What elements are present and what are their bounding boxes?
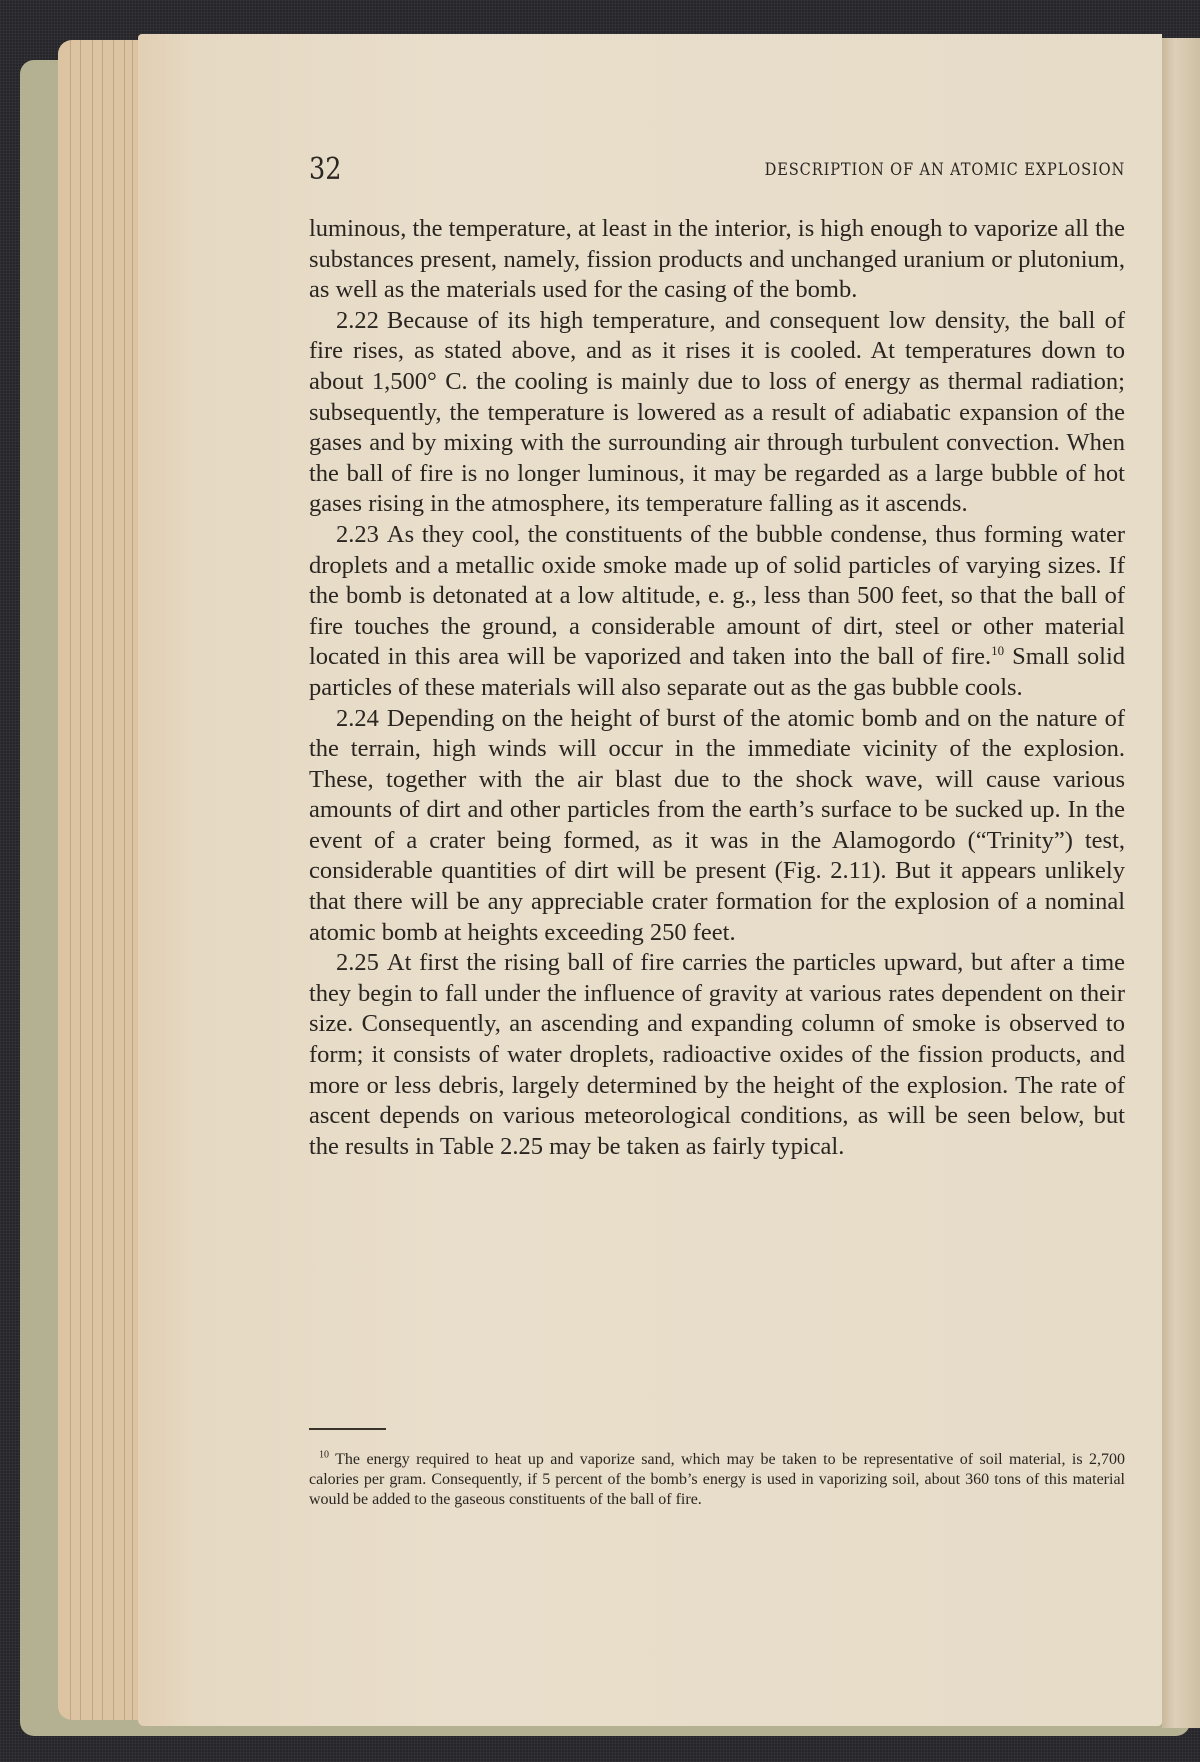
footnote-10: 10 The energy required to heat up and va… <box>309 1450 1125 1510</box>
footnote-marker: 10 <box>319 1450 329 1461</box>
paragraph-text: At first the rising ball of fire carries… <box>309 949 1125 1160</box>
running-head-title: DESCRIPTION OF AN ATOMIC EXPLOSION <box>765 158 1125 182</box>
page-edge-line <box>70 40 71 1720</box>
running-head: 32 DESCRIPTION OF AN ATOMIC EXPLOSION <box>309 152 1125 188</box>
body-text: luminous, the temperature, at least in t… <box>309 214 1125 1162</box>
paragraph-continued: luminous, the temperature, at least in t… <box>309 214 1125 306</box>
section-number: 2.25 <box>336 949 379 976</box>
paragraph-2-25: 2.25At first the rising ball of fire car… <box>309 948 1125 1162</box>
footnote-text: The energy required to heat up and vapor… <box>309 1451 1125 1508</box>
paragraph-2-24: 2.24Depending on the height of burst of … <box>309 704 1125 949</box>
section-number: 2.24 <box>336 705 379 732</box>
page-edge-line <box>132 40 133 1720</box>
footnote-reference[interactable]: 10 <box>991 643 1004 658</box>
page-edge-line <box>124 40 125 1720</box>
paragraph-2-22: 2.22Because of its high temperature, and… <box>309 306 1125 520</box>
page-edge-line <box>102 40 103 1720</box>
page-edge-line <box>113 40 114 1720</box>
page-edge-line <box>92 40 93 1720</box>
paragraph-text: Depending on the height of burst of the … <box>309 705 1125 946</box>
paragraph-text: Because of its high temperature, and con… <box>309 307 1125 518</box>
binding-gutter <box>1162 38 1200 1728</box>
page-edge-line <box>80 40 81 1720</box>
footnote-divider <box>309 1428 386 1430</box>
page-number: 32 <box>309 152 341 188</box>
section-number: 2.22 <box>336 307 379 334</box>
paragraph-text: luminous, the temperature, at least in t… <box>309 215 1125 303</box>
section-number: 2.23 <box>336 521 379 548</box>
paragraph-2-23: 2.23As they cool, the constituents of th… <box>309 520 1125 704</box>
